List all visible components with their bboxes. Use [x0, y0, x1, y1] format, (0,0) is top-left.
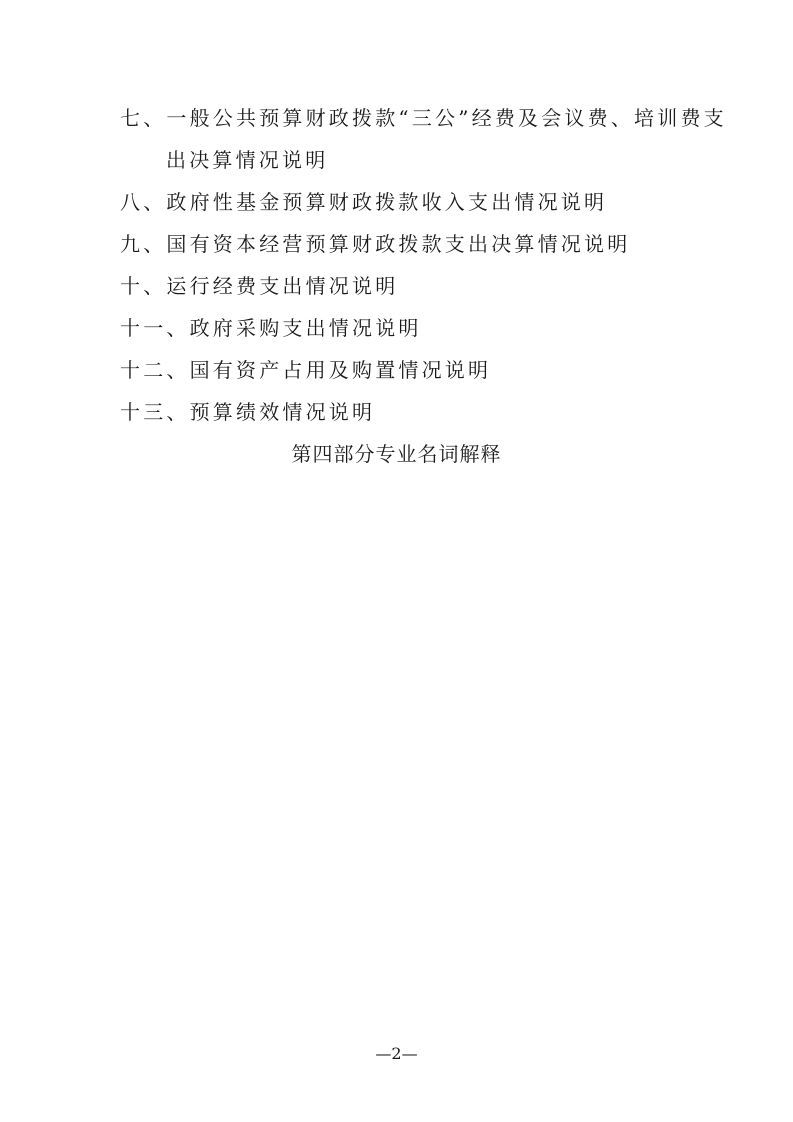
toc-item-13: 十三、预算绩效情况说明	[120, 398, 375, 426]
section-heading-part-4: 第四部分专业名词解释	[0, 440, 793, 468]
toc-item-11: 十一、政府采购支出情况说明	[120, 314, 422, 342]
toc-item-10: 十、运行经费支出情况说明	[120, 272, 398, 300]
page-number: —2—	[0, 1044, 793, 1064]
toc-item-7-continuation: 出决算情况说明	[166, 146, 328, 174]
toc-item-8: 八、政府性基金预算财政拨款收入支出情况说明	[120, 188, 607, 216]
toc-item-12: 十二、国有资产占用及购置情况说明	[120, 356, 491, 384]
toc-item-7: 七、一般公共预算财政拨款“三公”经费及会议费、培训费支	[120, 104, 727, 132]
toc-item-9: 九、国有资本经营预算财政拨款支出决算情况说明	[120, 230, 630, 258]
document-page: 七、一般公共预算财政拨款“三公”经费及会议费、培训费支 出决算情况说明 八、政府…	[0, 0, 793, 1122]
